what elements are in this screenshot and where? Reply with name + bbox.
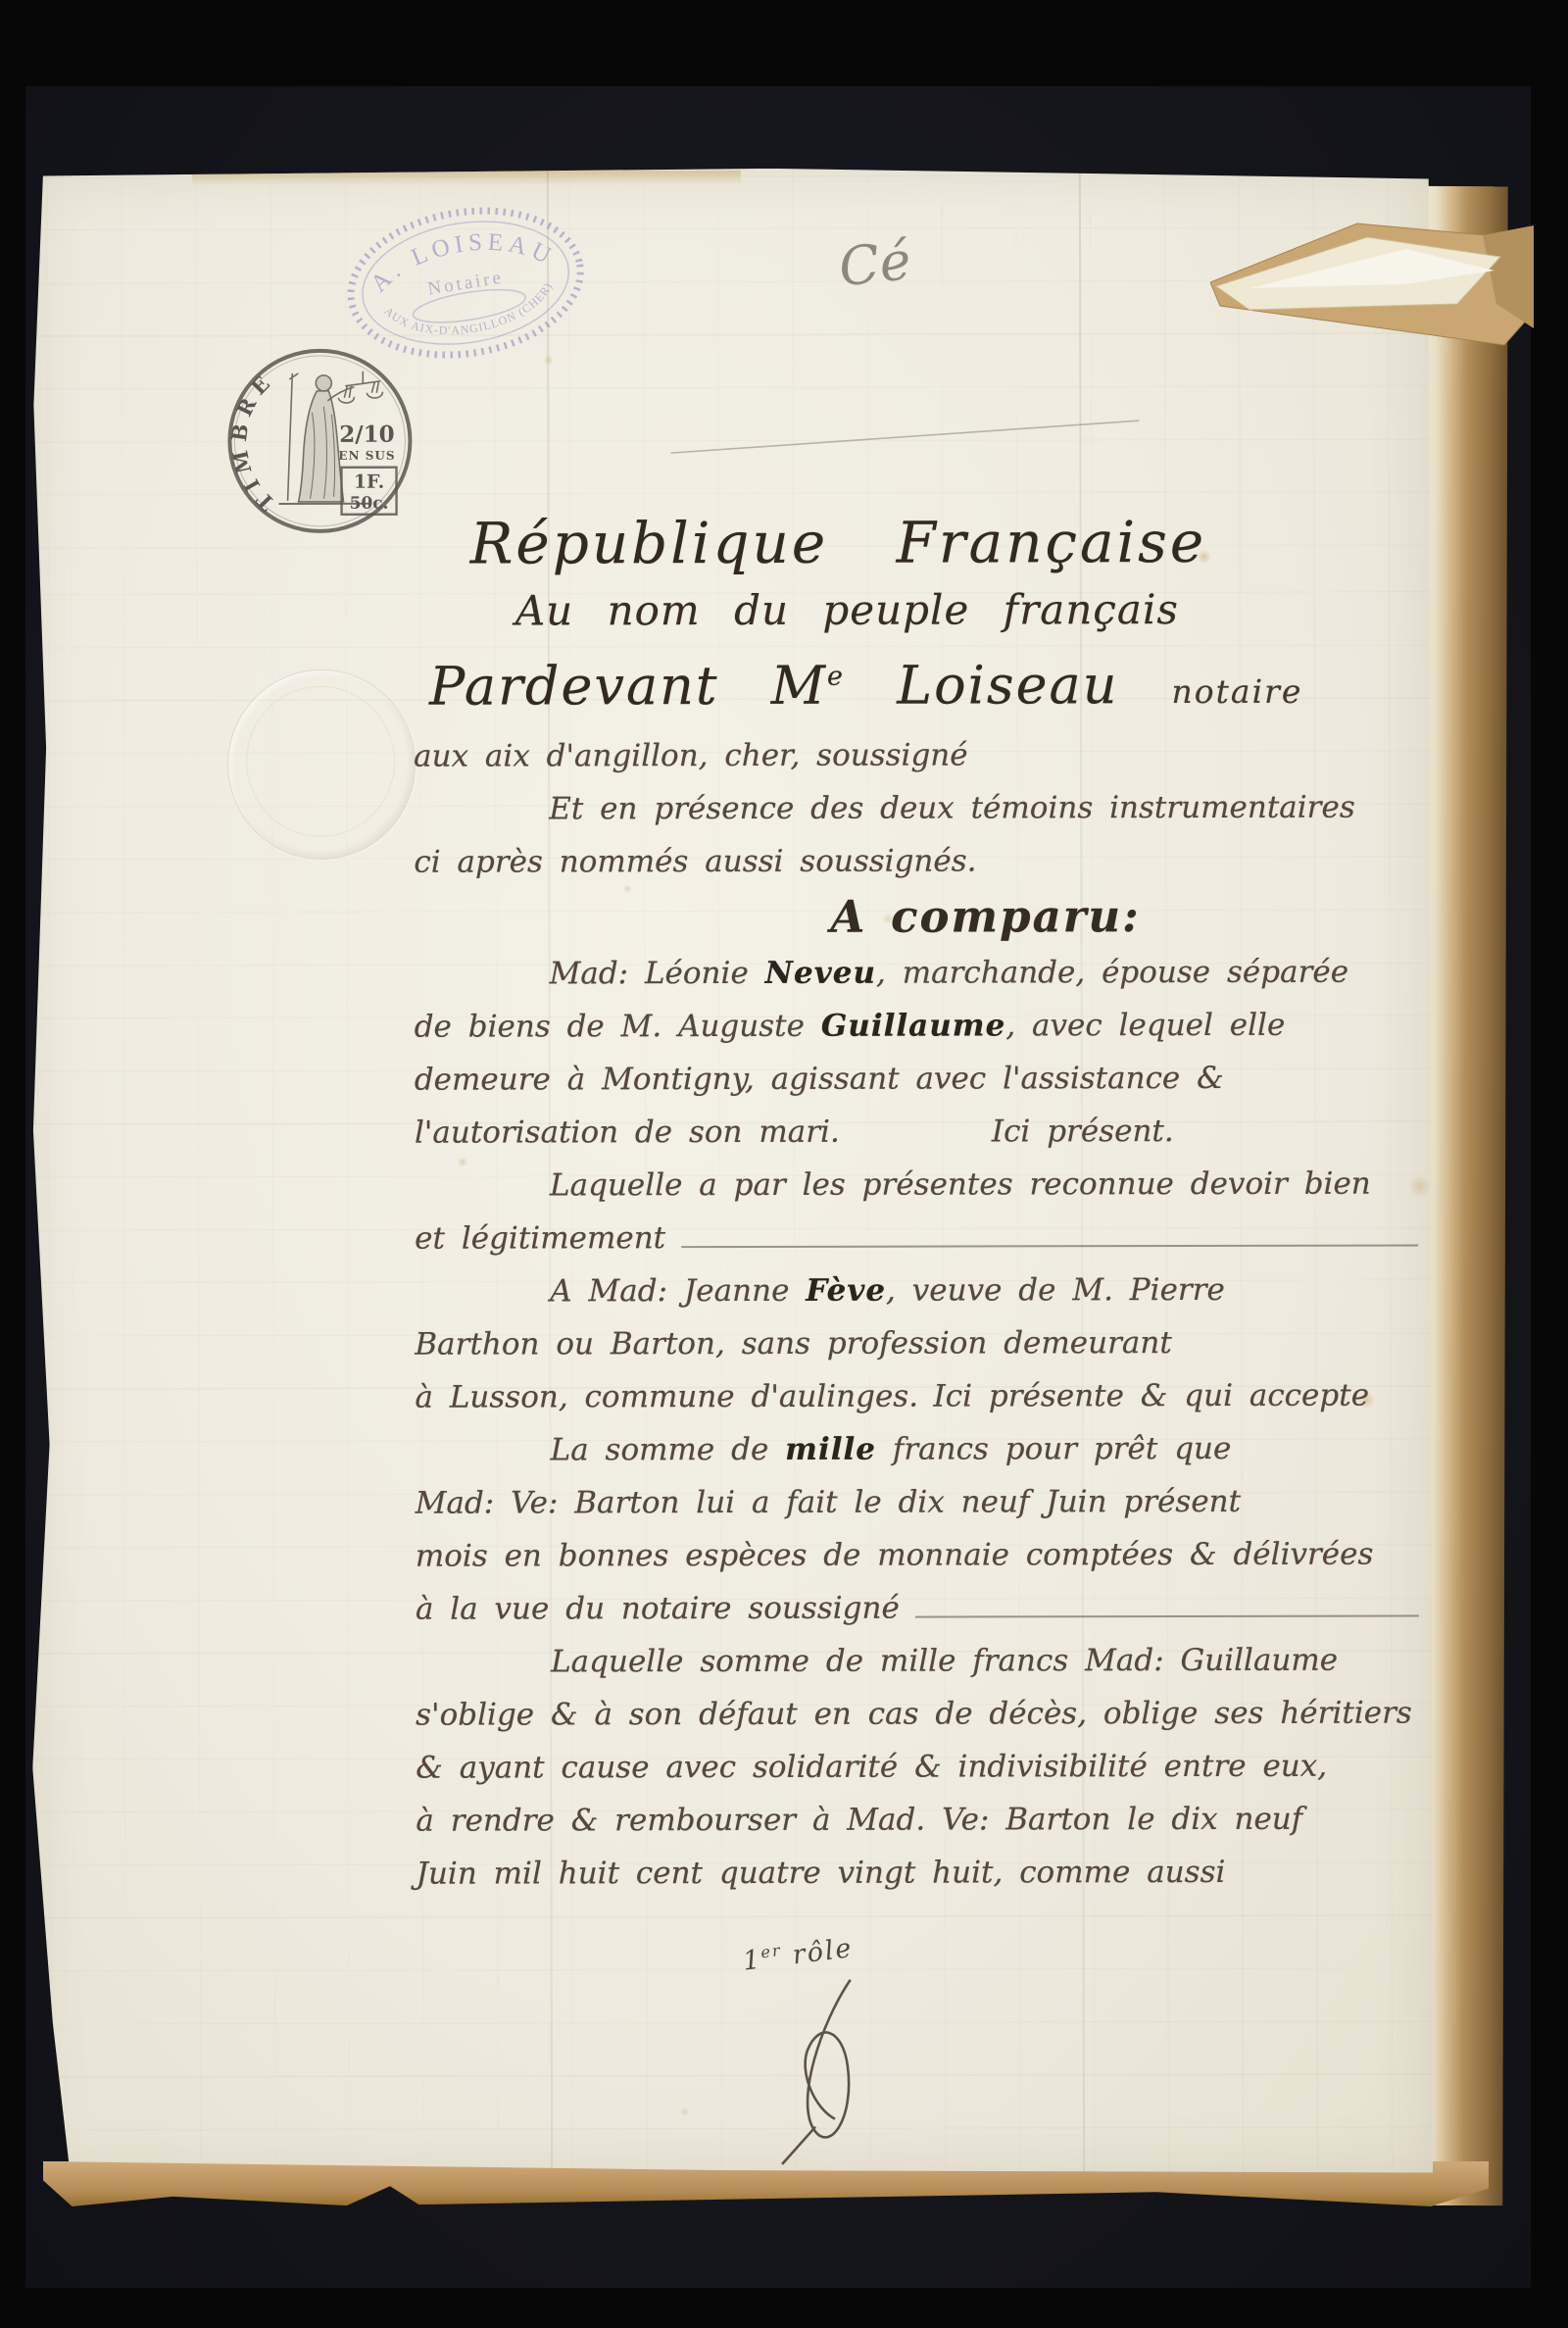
manuscript-line: s'oblige & à son défaut en cas de décès,… xyxy=(416,1687,1425,1742)
title-pardevant: Pardevant Me Loiseaunotaire xyxy=(414,640,1423,730)
stamp-value-cents: 50c. xyxy=(350,494,389,514)
manuscript-line: et légitimement xyxy=(415,1211,1424,1265)
manuscript-line: Et en présence des deux témoins instrume… xyxy=(414,781,1423,836)
embossed-seal-inner-ring xyxy=(246,686,395,837)
notary-paraph xyxy=(757,1972,913,2168)
manuscript-line: demeure à Montigny, agissant avec l'assi… xyxy=(415,1052,1424,1107)
title-au-nom: Au nom du peuple français xyxy=(414,579,1423,642)
section-heading: A comparu: xyxy=(414,887,1423,948)
scanned-document-photo: A. LOISEAU Notaire AUX AIX-D'ANGILLON (C… xyxy=(0,0,1568,2328)
manuscript-line: de biens de M. Auguste Guillaume, avec l… xyxy=(415,999,1424,1054)
pencil-line xyxy=(664,411,1145,461)
manuscript-line: Barthon ou Barton, sans profession demeu… xyxy=(415,1316,1424,1371)
manuscript-lines: aux aix d'angillon, cher, soussignéEt en… xyxy=(414,728,1425,1901)
manuscript-line: à rendre & rembourser à Mad. Ve: Barton … xyxy=(416,1793,1425,1848)
surcharge-label: EN SUS xyxy=(338,449,395,463)
manuscript-line: Mad: Ve: Barton lui a fait le dix neuf J… xyxy=(416,1475,1425,1530)
revenue-stamp: TIMBRE 2/10 xyxy=(221,344,417,544)
folded-corners xyxy=(1210,186,1534,353)
manuscript-line: Juin mil huit cent quatre vingt huit, co… xyxy=(416,1846,1425,1901)
title-republique: République Française xyxy=(414,505,1423,581)
notary-stamp-title: Notaire xyxy=(426,268,505,300)
manuscript-line: & ayant cause avec solidarité & indivisi… xyxy=(416,1740,1425,1795)
manuscript-line: mois en bonnes espèces de monnaie compté… xyxy=(416,1528,1425,1583)
title-notaire: notaire xyxy=(1171,672,1302,711)
pencil-mark: Cé xyxy=(836,229,914,298)
manuscript-line: Mad: Léonie Neveu, marchande, épouse sép… xyxy=(415,946,1424,1001)
manuscript-text: République Française Au nom du peuple fr… xyxy=(414,505,1426,1901)
embossed-seal xyxy=(227,669,416,860)
manuscript-line: à la vue du notaire soussigné xyxy=(416,1581,1425,1636)
document-page: A. LOISEAU Notaire AUX AIX-D'ANGILLON (C… xyxy=(25,168,1433,2176)
surcharge-value: 2/10 xyxy=(339,421,394,448)
manuscript-line: ci après nommés aussi soussignés. xyxy=(414,834,1423,889)
stamp-value-francs: 1F. xyxy=(354,471,384,493)
manuscript-line: à Lusson, commune d'aulinges. Ici présen… xyxy=(415,1369,1424,1424)
ink-rule xyxy=(915,1615,1419,1618)
ink-rule xyxy=(681,1245,1418,1249)
manuscript-line: aux aix d'angillon, cher, soussigné xyxy=(414,728,1423,783)
manuscript-line: A Mad: Jeanne Fève, veuve de M. Pierre xyxy=(415,1263,1424,1318)
manuscript-line: Laquelle somme de mille francs Mad: Guil… xyxy=(416,1634,1425,1689)
manuscript-line: l'autorisation de son mari. Ici présent. xyxy=(415,1105,1424,1160)
manuscript-line: Laquelle a par les présentes reconnue de… xyxy=(415,1158,1424,1213)
manuscript-line: La somme de mille francs pour prêt que xyxy=(416,1422,1425,1477)
